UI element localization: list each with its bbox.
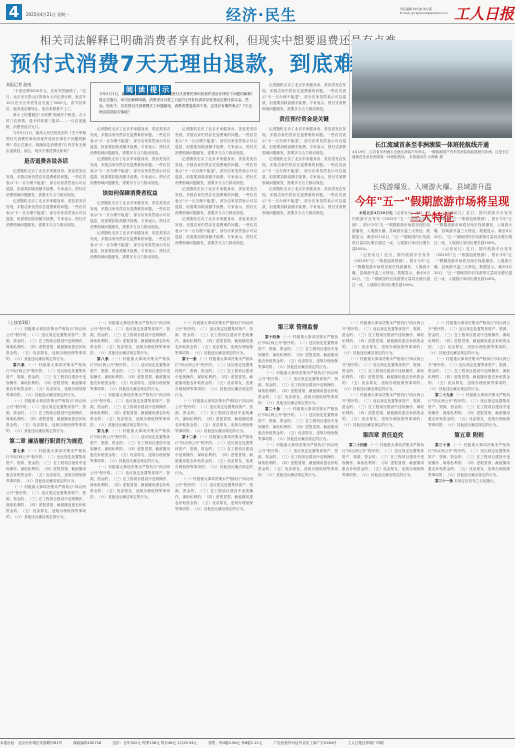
chapter-5-heading: 第五章 附则 xyxy=(428,431,510,439)
page-number: 4 xyxy=(6,4,22,20)
footer-imprint: 本报社址：北京市东城区安德路甲61号 邮政编码100718 定价：全年552元 … xyxy=(0,738,515,746)
newspaper-logo: 工人日报 xyxy=(454,3,514,24)
photo-text: 4月19日，江苏省苏州港太仓港区滚装汽车码头，一艘载满国产汽车的滚装船起航驶向非… xyxy=(352,150,512,160)
editors-info: 责任编辑 林巧迪 刘小燕 E-mail: grrbjrjmsd@workercn… xyxy=(400,7,448,15)
article3-column-4: 第三章 管理监督 第十四条 （一）村级重大事项决策未严格执行"四议两公开"程序的… xyxy=(258,320,338,732)
photo-caption: 长江流域首条至非洲滚装一体班轮航线开通 xyxy=(352,140,512,149)
issue-date: 2025年4月21日 星期一 xyxy=(26,12,69,18)
chapter-4-heading: 第四章 责任追究 xyxy=(342,431,424,439)
article3-column-6: （一）村级重大事项决策未严格执行"四议两公开"程序的；（二）违反规定处置集体资产… xyxy=(428,320,510,732)
article1-column-2: 记者随机走访了北京多家健身房、美容美发店发现，多数店家仍然存在退费难的问题。一些… xyxy=(90,126,170,310)
masthead: 4 2025年4月21日 星期一 经济·民生 责任编辑 林巧迪 刘小燕 E-ma… xyxy=(0,0,515,24)
article2-subheadline: 长线游爆发、入境游火爆、县域游升温 xyxy=(352,182,512,192)
section-title: 经济·民生 xyxy=(226,4,297,25)
column-divider xyxy=(349,30,350,315)
article1-subhead-3: 责任预付资金是关键 xyxy=(262,115,346,123)
chapter-2-heading: 第二章 廉洁履行职责行为规范 xyxy=(6,437,86,445)
article1-column-3: 记者随机走访了北京多家健身房、美容美发店发现，多数店家仍然存在退费难的问题。一些… xyxy=(175,126,257,310)
article3-column-3: （一）村级重大事项决策未严格执行"四议两公开"程序的；（二）违反规定处置集体资产… xyxy=(175,320,253,732)
article1-subhead-1: 是否退费各说各话 xyxy=(6,157,86,165)
article1-subheadline: 相关司法解释已明确消费者享有此权利，但现实中想要退费还是有点难 xyxy=(40,32,397,48)
article2-column-2: （记者吴凡）近日，国内旅游平台发布《2025年"五一"旅游趋势预测》，预计今年"… xyxy=(434,210,512,310)
chapter-3-heading: 第三章 管理监督 xyxy=(258,323,338,331)
article3-column-1: （上接第1版） （一）村级重大事项决策未严格执行"四议两公开"程序的；（二）违反… xyxy=(6,320,86,732)
reading-tip-text: 今年5月1日，最高人民法院发布的《关于审理预付式消费民事纠纷案件适用法律若干问题… xyxy=(99,91,253,115)
article1-subhead-2: 该如何保障消费者权益 xyxy=(90,189,170,197)
article3-column-2: （一）村级重大事项决策未严格执行"四议两公开"程序的；（二）违反规定处置集体资产… xyxy=(90,320,170,732)
article1-column-4: 记者随机走访了北京多家健身房、美容美发店发现，多数店家仍然存在退费难的问题。一些… xyxy=(262,82,346,310)
article3-column-5: （一）村级重大事项决策未严格执行"四议两公开"程序的；（二）违反规定处置集体资产… xyxy=(342,320,424,732)
article1-column-1: 本报记者 赵彧 "卡里还剩3000多元，店家突然跑路了。"近日，北京市石景山区的… xyxy=(6,82,86,310)
news-photo-port[interactable] xyxy=(352,40,512,138)
photo-credit: 本报通讯员 计海新 摄 xyxy=(409,155,443,159)
reading-tip-box: 阅读提示 今年5月1日，最高人民法院发布的《关于审理预付式消费民事纠纷案件适用法… xyxy=(90,82,260,122)
article2-column-1: 本报北京4月20日电（记者吴凡）近日，国内旅游平台发布《2025年"五一"旅游趋… xyxy=(352,210,430,310)
section-divider xyxy=(0,314,515,315)
